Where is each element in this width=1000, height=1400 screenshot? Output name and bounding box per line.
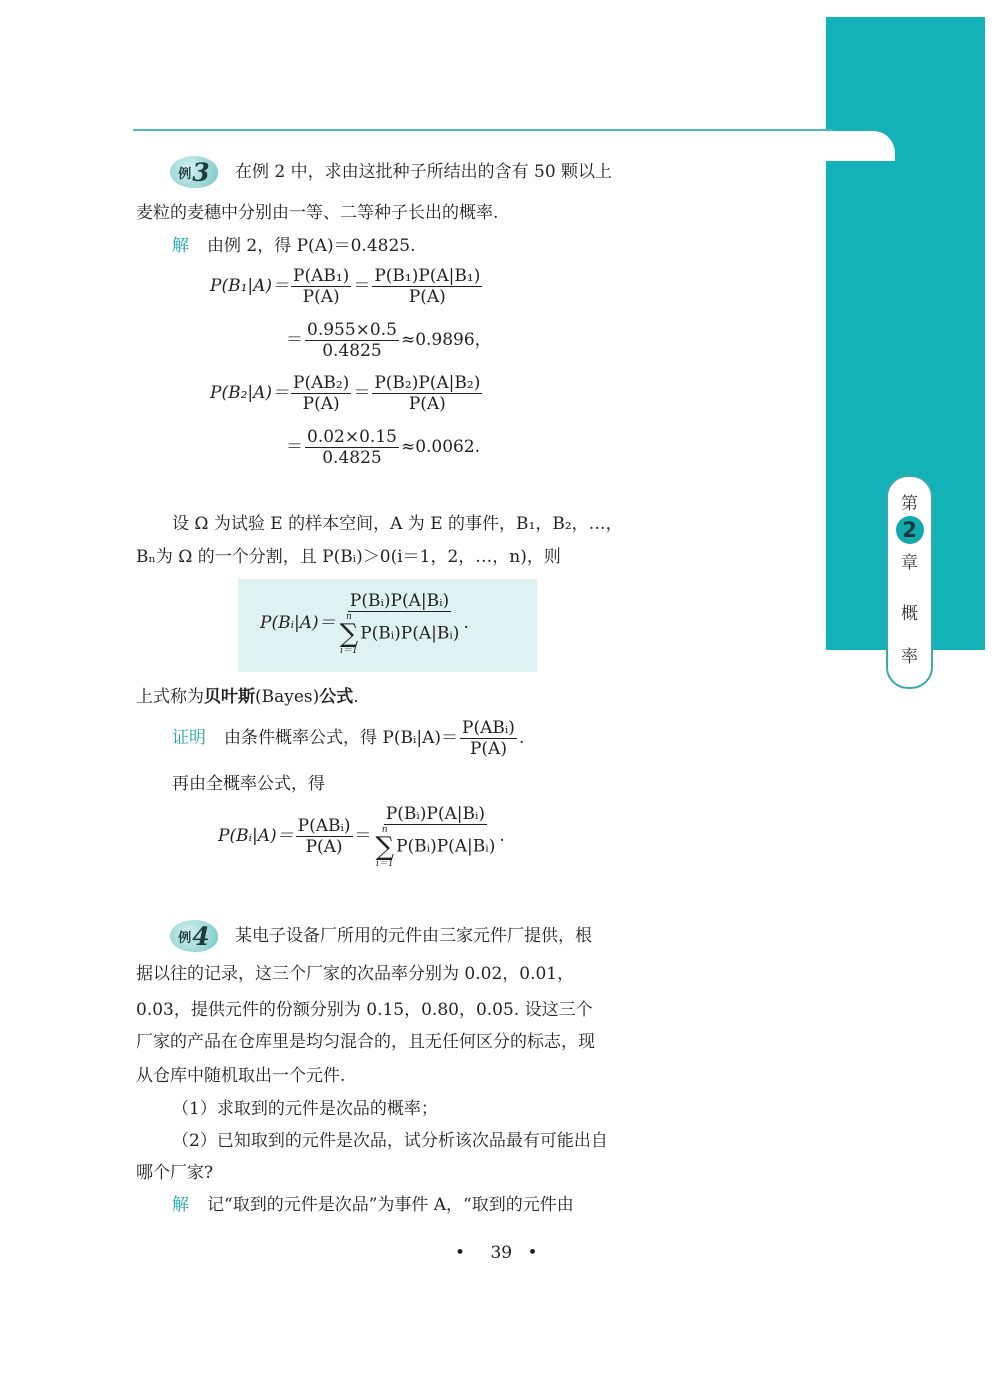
frac-numerator: P(Bᵢ)P(A|Bᵢ) <box>384 804 487 825</box>
eq-lhs: P(Bᵢ|A)＝ <box>218 826 294 846</box>
frac-numerator: P(AB₂) <box>291 373 351 394</box>
example4-question2-cont: 哪个厂家? <box>136 1161 213 1185</box>
named-prefix: 上式称为 <box>136 687 204 707</box>
solution-label: 解 <box>172 1195 189 1215</box>
equation-b2: P(B₂|A)＝P(AB₂)P(A)＝P(B₂)P(A|B₂)P(A) <box>210 373 484 414</box>
eq-result: ≈0.0062. <box>401 437 480 457</box>
frac-numerator: P(AB₁) <box>291 266 351 287</box>
chapter-title-char: 率 <box>901 642 918 667</box>
frac-denominator: P(A) <box>468 739 509 759</box>
example4-line: 据以往的记录，这三个厂家的次品率分别为 0.02，0.01， <box>136 962 574 986</box>
bayes-formula-box: P(Bᵢ|A)＝P(Bᵢ)P(A|Bᵢ)n∑i＝1P(Bᵢ)P(A|Bᵢ). <box>238 579 537 672</box>
chapter-title-char: 概 <box>901 599 918 624</box>
example4-line: 从仓库中随机取出一个元件. <box>136 1064 345 1088</box>
named-end: . <box>353 687 358 707</box>
sum-term: P(Bᵢ)P(A|Bᵢ) <box>396 837 495 857</box>
page-card-corner <box>826 131 895 161</box>
eq-end: . <box>519 728 524 748</box>
solution-text: 记“取到的元件是次品”为事件 A，“取到的元件由 <box>207 1195 574 1215</box>
frac-denominator: n∑i＝1P(Bᵢ)P(A|Bᵢ) <box>338 612 462 656</box>
frac-denominator: P(A) <box>407 394 448 414</box>
solution-intro: 由例 2，得 P(A)＝0.4825. <box>207 236 416 256</box>
proof-line1: 证明由条件概率公式，得 P(Bᵢ|A)＝P(ABᵢ)P(A). <box>172 718 524 759</box>
frac-numerator: P(B₁)P(A|B₁) <box>372 266 482 287</box>
sum-lower: i＝1 <box>340 646 358 656</box>
frac-denominator: n∑i＝1P(Bᵢ)P(A|Bᵢ) <box>374 825 498 869</box>
frac-denominator: P(A) <box>407 287 448 307</box>
equation-b1-value: ＝0.955×0.50.4825≈0.9896， <box>286 320 492 361</box>
final-formula: P(Bᵢ|A)＝P(ABᵢ)P(A)＝P(Bᵢ)P(A|Bᵢ)n∑i＝1P(Bᵢ… <box>218 804 505 869</box>
proof-text: 由条件概率公式，得 P(Bᵢ|A)＝ <box>224 728 458 748</box>
example-badge-char: 例 <box>178 163 191 182</box>
example4-line: 某电子设备厂所用的元件由三家元件厂提供，根 <box>235 924 592 948</box>
eq-lhs: P(Bᵢ|A)＝ <box>260 613 336 633</box>
formula-term: 公式 <box>319 687 353 707</box>
bayes-english: (Bayes) <box>255 687 319 707</box>
summation-icon: n∑i＝1 <box>340 612 359 656</box>
page-number: • 39 • <box>455 1243 548 1263</box>
bayes-formula: P(Bᵢ|A)＝P(Bᵢ)P(A|Bᵢ)n∑i＝1P(Bᵢ)P(A|Bᵢ). <box>260 591 469 656</box>
frac-denominator: 0.4825 <box>320 341 383 361</box>
frac-numerator: P(ABᵢ) <box>460 718 517 739</box>
page-number-value: 39 <box>490 1243 512 1263</box>
frac-denominator: P(A) <box>301 394 342 414</box>
example4-question1: （1）求取到的元件是次品的概率； <box>172 1097 438 1121</box>
example-badge: 例4 <box>170 920 218 952</box>
solution-label: 解 <box>172 236 189 256</box>
example-badge-number: 3 <box>192 158 209 187</box>
eq-lhs: P(B₁|A)＝ <box>210 276 289 296</box>
header-rule <box>133 129 833 131</box>
sum-term: P(Bᵢ)P(A|Bᵢ) <box>360 624 459 644</box>
chapter-tab: 第 2 章 概 率 <box>886 475 933 689</box>
eq-end: . <box>463 613 468 633</box>
example4-question2: （2）已知取到的元件是次品，试分析该次品最有可能出自 <box>172 1129 608 1153</box>
eq-result: ≈0.9896， <box>401 330 492 350</box>
example4-line: 0.03，提供元件的份额分别为 0.15，0.80，0.05. 设这三个 <box>136 998 593 1022</box>
chapter-prefix: 第 <box>901 489 918 514</box>
chapter-number: 2 <box>896 516 924 544</box>
example4-solution: 解记“取到的元件是次品”为事件 A，“取到的元件由 <box>172 1193 574 1217</box>
example-badge: 例3 <box>170 156 218 188</box>
frac-denominator: P(A) <box>301 287 342 307</box>
example-badge-char: 例 <box>178 927 191 946</box>
sum-lower: i＝1 <box>376 859 394 869</box>
proof-line2: 再由全概率公式，得 <box>172 772 325 796</box>
bayes-term: 贝叶斯 <box>204 687 255 707</box>
frac-denominator: 0.4825 <box>320 448 383 468</box>
bayes-intro-line2: Bₙ为 Ω 的一个分割，且 P(Bᵢ)＞0(i＝1，2，…，n)，则 <box>136 545 561 569</box>
example4-line: 厂家的产品在仓库里是均匀混合的，且无任何区分的标志，现 <box>136 1030 595 1054</box>
eq-end: . <box>499 826 504 846</box>
bayes-named: 上式称为贝叶斯(Bayes)公式. <box>136 685 359 709</box>
eq-lhs: P(B₂|A)＝ <box>210 383 289 403</box>
frac-numerator: P(ABᵢ) <box>296 816 353 837</box>
frac-numerator: P(Bᵢ)P(A|Bᵢ) <box>348 591 451 612</box>
proof-label: 证明 <box>172 728 206 748</box>
frac-denominator: P(A) <box>304 837 345 857</box>
example3-text-line1: 在例 2 中，求由这批种子所结出的含有 50 颗以上 <box>235 160 612 184</box>
summation-icon: n∑i＝1 <box>376 825 395 869</box>
equation-b2-value: ＝0.02×0.150.4825≈0.0062. <box>286 427 480 468</box>
example3-text-line2: 麦粒的麦穗中分别由一等、二等种子长出的概率. <box>136 201 498 225</box>
chapter-suffix: 章 <box>901 548 918 573</box>
equation-b1: P(B₁|A)＝P(AB₁)P(A)＝P(B₁)P(A|B₁)P(A) <box>210 266 484 307</box>
example3-solution: 解由例 2，得 P(A)＝0.4825. <box>172 234 416 258</box>
frac-numerator: 0.02×0.15 <box>305 427 399 448</box>
frac-numerator: 0.955×0.5 <box>305 320 399 341</box>
example-badge-number: 4 <box>192 922 209 951</box>
frac-numerator: P(B₂)P(A|B₂) <box>372 373 482 394</box>
bayes-intro-line1: 设 Ω 为试验 E 的样本空间，A 为 E 的事件，B₁，B₂，…， <box>172 512 623 536</box>
